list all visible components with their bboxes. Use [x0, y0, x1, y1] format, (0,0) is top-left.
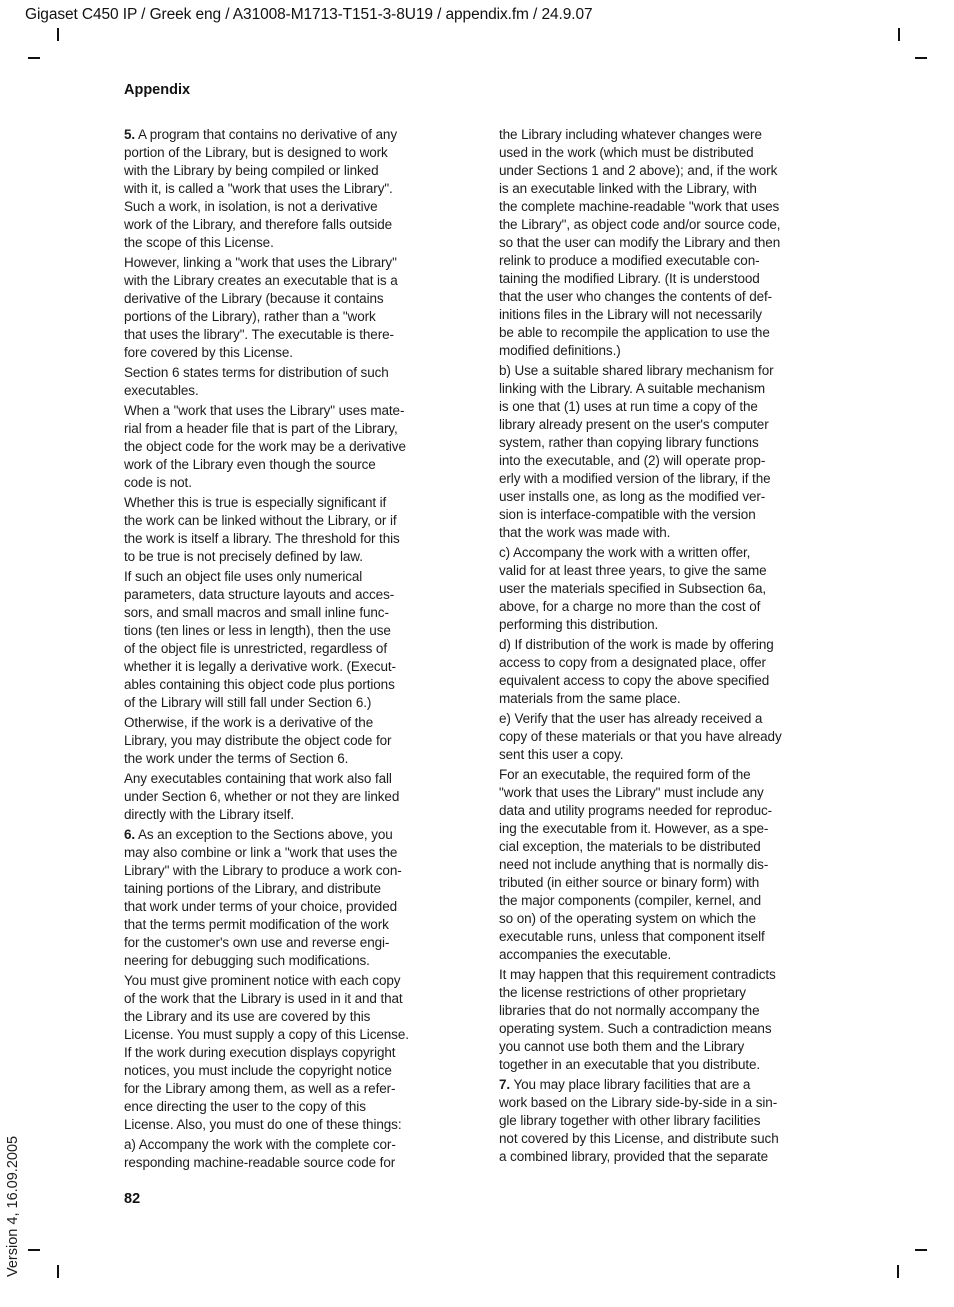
license-text-left-column: 5. A program that contains no derivative… — [124, 126, 484, 1174]
license-paragraph: Whether this is true is especially signi… — [124, 494, 484, 566]
page-title: Appendix — [124, 82, 190, 98]
section-number: 5. — [124, 127, 135, 142]
license-paragraph: For an executable, the required form of … — [499, 766, 859, 964]
version-note: Version 4, 16.09.2005 — [5, 1136, 21, 1277]
license-paragraph: Otherwise, if the work is a derivative o… — [124, 714, 484, 768]
license-paragraph: a) Accompany the work with the complete … — [124, 1136, 484, 1172]
page-number: 82 — [124, 1191, 140, 1207]
license-paragraph: Any executables containing that work als… — [124, 770, 484, 824]
license-paragraph: You must give prominent notice with each… — [124, 972, 484, 1134]
license-paragraph: When a "work that uses the Library" uses… — [124, 402, 484, 492]
license-paragraph: the Library including whatever changes w… — [499, 126, 859, 360]
crop-mark-top-left-horizontal — [28, 57, 40, 59]
license-paragraph: 5. A program that contains no derivative… — [124, 126, 484, 252]
crop-mark-top-right-vertical — [898, 28, 900, 41]
license-paragraph: It may happen that this requirement cont… — [499, 966, 859, 1074]
license-paragraph: b) Use a suitable shared library mechani… — [499, 362, 859, 542]
section-number: 6. — [124, 827, 135, 842]
license-paragraph: c) Accompany the work with a written off… — [499, 544, 859, 634]
crop-mark-bottom-right-horizontal — [915, 1249, 927, 1251]
license-paragraph: However, linking a "work that uses the L… — [124, 254, 484, 362]
document-header: Gigaset C450 IP / Greek eng / A31008-M17… — [25, 6, 593, 24]
crop-mark-top-right-horizontal — [915, 57, 927, 59]
section-number: 7. — [499, 1077, 510, 1092]
crop-mark-bottom-right-vertical — [897, 1265, 899, 1278]
license-paragraph: e) Verify that the user has already rece… — [499, 710, 859, 764]
crop-mark-top-left-vertical — [57, 28, 59, 41]
crop-mark-bottom-left-vertical — [57, 1265, 59, 1278]
license-paragraph: 7. You may place library facilities that… — [499, 1076, 859, 1166]
license-paragraph: 6. As an exception to the Sections above… — [124, 826, 484, 970]
license-paragraph: d) If distribution of the work is made b… — [499, 636, 859, 708]
crop-mark-bottom-left-horizontal — [28, 1249, 40, 1251]
license-paragraph: Section 6 states terms for distribution … — [124, 364, 484, 400]
license-paragraph: If such an object file uses only numeric… — [124, 568, 484, 712]
license-text-right-column: the Library including whatever changes w… — [499, 126, 859, 1168]
